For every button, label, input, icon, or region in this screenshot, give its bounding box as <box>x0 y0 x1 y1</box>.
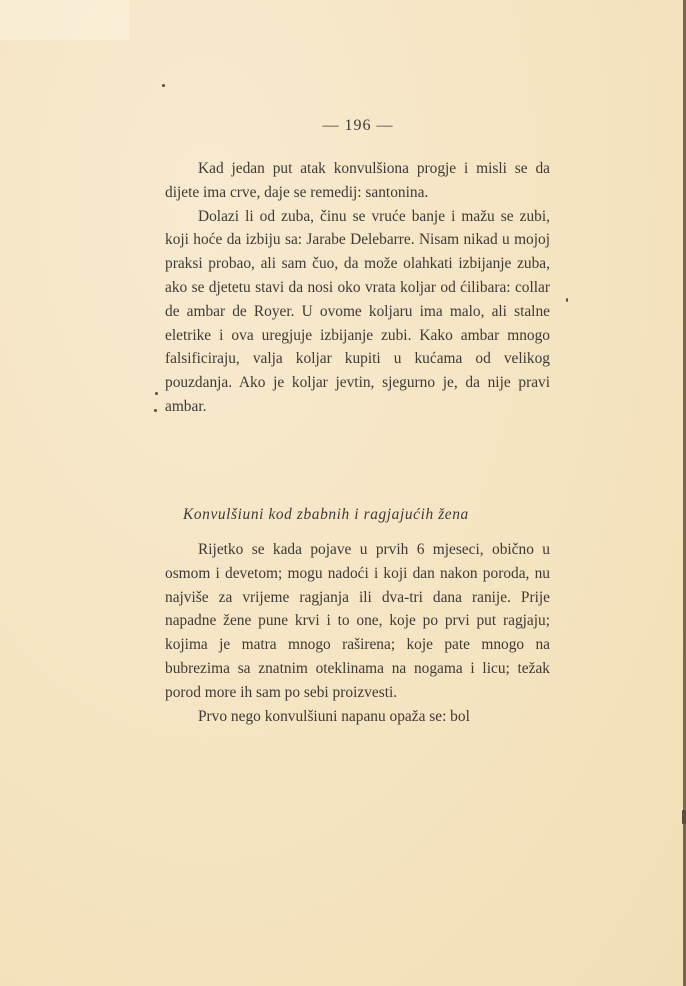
paper-speck <box>162 84 165 87</box>
page-number: — 196 — <box>0 117 686 135</box>
paragraph: Prvo nego konvulšiuni napanu opaža se: b… <box>165 705 550 729</box>
paper-speck <box>155 392 158 395</box>
paper-speck <box>154 409 157 412</box>
paper-speck <box>566 298 568 302</box>
paragraph: Kad jedan put atak konvulšiona progje i … <box>165 157 550 205</box>
body-text-bottom: Rijetko se kada pojave u prvih 6 mjeseci… <box>165 538 550 728</box>
paragraph: Dolazi li od zuba, činu se vruće banje i… <box>165 205 550 419</box>
paragraph: Rijetko se kada pojave u prvih 6 mjeseci… <box>165 538 550 705</box>
paper-speck <box>682 810 686 824</box>
body-text-top: Kad jedan put atak konvulšiona progje i … <box>165 157 550 419</box>
scanned-book-page: — 196 — Kad jedan put atak konvulšiona p… <box>0 0 686 986</box>
section-heading: Konvulšiuni kod zbabnih i ragjajućih žen… <box>183 506 543 524</box>
paper-fold-shading <box>0 0 130 40</box>
